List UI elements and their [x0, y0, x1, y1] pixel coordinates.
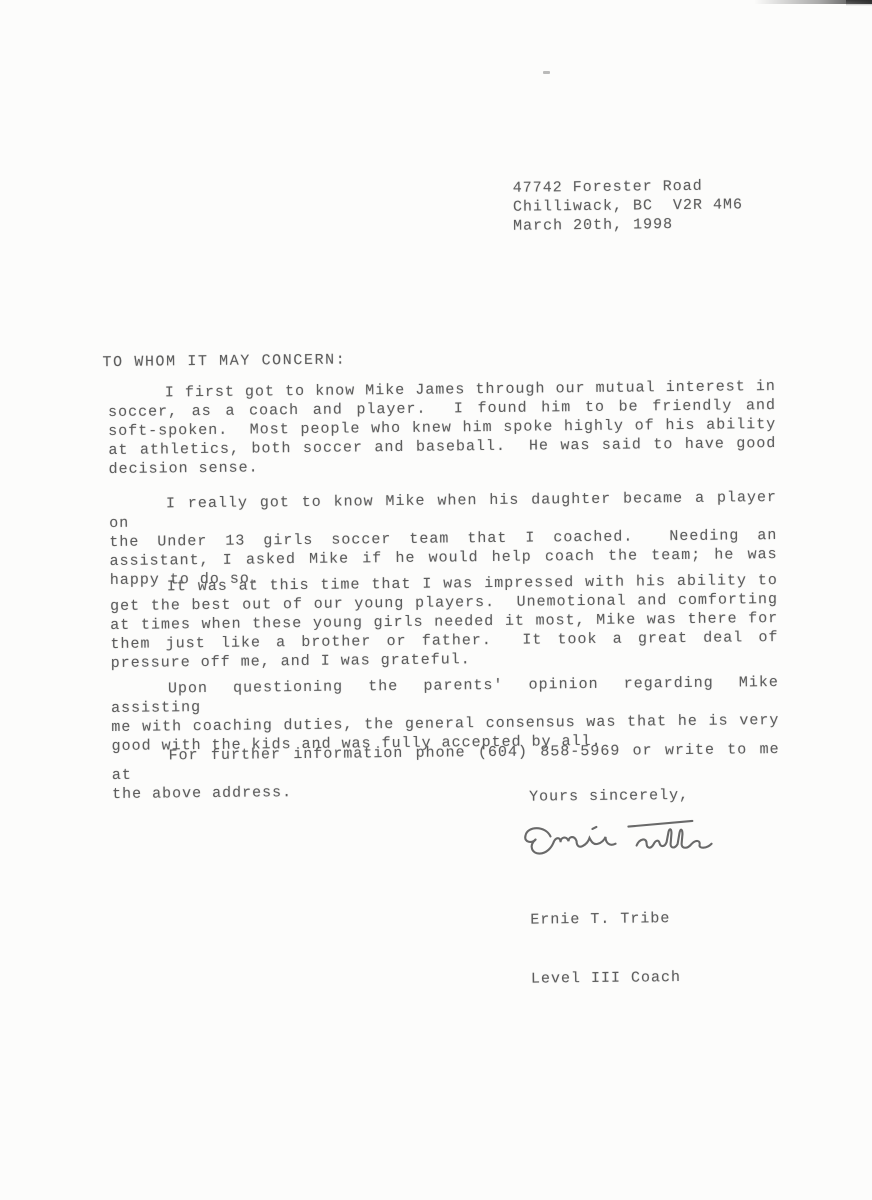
closing-line: Yours sincerely, [529, 787, 689, 806]
letter-paragraph: It was at this time that I was impressed… [110, 571, 779, 673]
signed-name: Ernie T. Tribe [530, 909, 680, 930]
scan-speck [543, 71, 550, 74]
letter-body: I first got to know Mike James through o… [104, 0, 785, 1200]
letter-paragraph: I first got to know Mike James through o… [108, 377, 777, 479]
signed-title: Level III Coach [531, 968, 681, 989]
scan-corner-shadow [846, 0, 872, 6]
scanned-letter-page: 47742 Forester RoadChilliwack, BC V2R 4M… [0, 0, 872, 1200]
handwritten-signature-icon [518, 816, 723, 874]
letter-content: 47742 Forester RoadChilliwack, BC V2R 4M… [0, 0, 872, 1200]
signature-block: Ernie T. Tribe Level III Coach [530, 870, 682, 1028]
